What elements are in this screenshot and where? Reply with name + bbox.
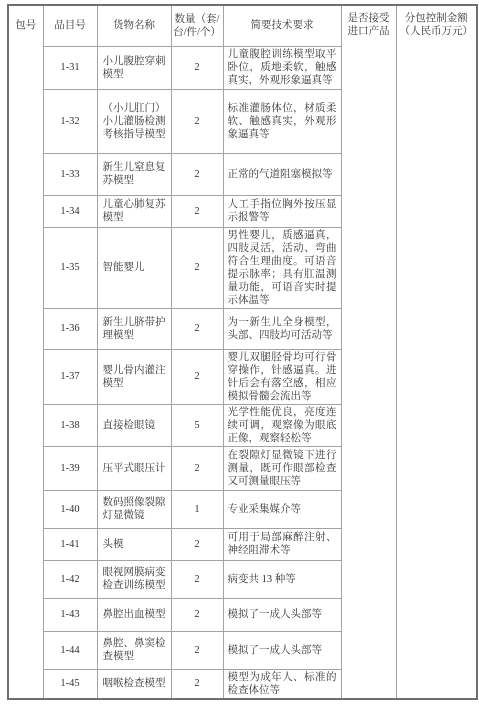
- tech-requirements-cell: 病变共 13 种等: [223, 560, 341, 598]
- goods-name-cell: 新生儿脐带护理模型: [97, 308, 171, 349]
- goods-name-cell: 头模: [97, 528, 171, 560]
- item-number-cell: 1-41: [43, 528, 97, 560]
- quantity-cell: 2: [171, 89, 223, 153]
- quantity-cell: 2: [171, 349, 223, 404]
- quantity-cell: 2: [171, 669, 223, 699]
- procurement-items-table: 包号 品目号 货物名称 数量（套/ 台/件/个） 简要技术要求 是否接受 进口产…: [7, 4, 478, 700]
- table-body: 包号 品目号 货物名称 数量（套/ 台/件/个） 简要技术要求 是否接受 进口产…: [8, 5, 477, 699]
- item-number-cell: 1-43: [43, 598, 97, 631]
- tech-requirements-cell: 专业采集媒介等: [223, 490, 341, 528]
- goods-name-cell: 压平式眼压计: [97, 446, 171, 490]
- item-number-cell: 1-32: [43, 89, 97, 153]
- tech-requirements-cell: 模型为成年人、标准的检查体位等: [223, 669, 341, 699]
- goods-name-cell: 小儿腹腔穿刺模型: [97, 46, 171, 89]
- quantity-cell: 2: [171, 308, 223, 349]
- tech-requirements-cell: 模拟了一成人头部等: [223, 598, 341, 631]
- quantity-cell: 2: [171, 46, 223, 89]
- goods-name-cell: 数码照像裂隙灯显微镜: [97, 490, 171, 528]
- goods-name-cell: 智能婴儿: [97, 227, 171, 308]
- tech-requirements-cell: 男性婴儿，质感逼真，四肢灵活，活动、弯曲符合生理曲度。可语音提示脉率；具有肛温测…: [223, 227, 341, 308]
- goods-name-cell: 直接检眼镜: [97, 404, 171, 446]
- quantity-cell: 2: [171, 631, 223, 669]
- tech-requirements-cell: 人工手指位胸外按压显示报警等: [223, 195, 341, 227]
- tech-requirements-cell: 可用于局部麻醉注射、神经阻滞术等: [223, 528, 341, 560]
- tech-requirements-cell: 正常的气道阻塞模拟等: [223, 153, 341, 195]
- quantity-cell: 2: [171, 195, 223, 227]
- item-number-cell: 1-33: [43, 153, 97, 195]
- tech-requirements-cell: 标准灌肠体位，材质柔软、触感真实，外观形象逼真等: [223, 89, 341, 153]
- goods-name-cell: 鼻腔、鼻窦检查模型: [97, 631, 171, 669]
- item-number-cell: 1-38: [43, 404, 97, 446]
- accept-import-column: 是否接受 进口产品: [341, 5, 396, 699]
- subcontract-amount-column: 分包控制金额 （人民币万元）: [396, 5, 477, 699]
- tech-requirements-cell: 儿童腹腔训练模型取平卧位，质地柔软，触感真实，外观形象逼真等: [223, 46, 341, 89]
- item-number-cell: 1-35: [43, 227, 97, 308]
- item-number-cell: 1-44: [43, 631, 97, 669]
- document-page: 包号 品目号 货物名称 数量（套/ 台/件/个） 简要技术要求 是否接受 进口产…: [0, 0, 479, 706]
- table-header-row: 包号 品目号 货物名称 数量（套/ 台/件/个） 简要技术要求 是否接受 进口产…: [8, 5, 477, 46]
- goods-name-cell: （小儿肛门）小儿灌肠检测考核指导模型: [97, 89, 171, 153]
- goods-name-cell: 眼视网膜病变检查训练模型: [97, 560, 171, 598]
- item-number-cell: 1-45: [43, 669, 97, 699]
- header-quantity: 数量（套/ 台/件/个）: [171, 5, 223, 46]
- package-number-column: 包号: [8, 5, 43, 699]
- goods-name-cell: 咽喉检查模型: [97, 669, 171, 699]
- quantity-cell: 2: [171, 528, 223, 560]
- goods-name-cell: 儿童心肺复苏模型: [97, 195, 171, 227]
- quantity-cell: 2: [171, 560, 223, 598]
- item-number-cell: 1-34: [43, 195, 97, 227]
- quantity-cell: 2: [171, 446, 223, 490]
- quantity-cell: 5: [171, 404, 223, 446]
- quantity-cell: 1: [171, 490, 223, 528]
- item-number-cell: 1-40: [43, 490, 97, 528]
- goods-name-cell: 新生儿窒息复苏模型: [97, 153, 171, 195]
- item-number-cell: 1-39: [43, 446, 97, 490]
- quantity-cell: 2: [171, 227, 223, 308]
- tech-requirements-cell: 在裂隙灯显微镜下进行测量，既可作眼部检查又可测量眼压等: [223, 446, 341, 490]
- tech-requirements-cell: 光学性能优良，亮度连续可调，观察像为眼底正像，观察轻松等: [223, 404, 341, 446]
- quantity-cell: 2: [171, 598, 223, 631]
- tech-requirements-cell: 模拟了一成人头部等: [223, 631, 341, 669]
- header-tech-requirements: 简要技术要求: [223, 5, 341, 46]
- goods-name-cell: 婴儿骨内灌注模型: [97, 349, 171, 404]
- goods-name-cell: 鼻腔出血模型: [97, 598, 171, 631]
- item-number-cell: 1-42: [43, 560, 97, 598]
- item-number-cell: 1-36: [43, 308, 97, 349]
- item-number-cell: 1-31: [43, 46, 97, 89]
- header-goods-name: 货物名称: [97, 5, 171, 46]
- tech-requirements-cell: 为一新生儿全身模型，头部、四肢均可活动等: [223, 308, 341, 349]
- quantity-cell: 2: [171, 153, 223, 195]
- header-item-number: 品目号: [43, 5, 97, 46]
- tech-requirements-cell: 婴儿双腿胫骨均可行骨穿操作，针感逼真。进针后会有落空感，相应模拟骨髓会流出等: [223, 349, 341, 404]
- item-number-cell: 1-37: [43, 349, 97, 404]
